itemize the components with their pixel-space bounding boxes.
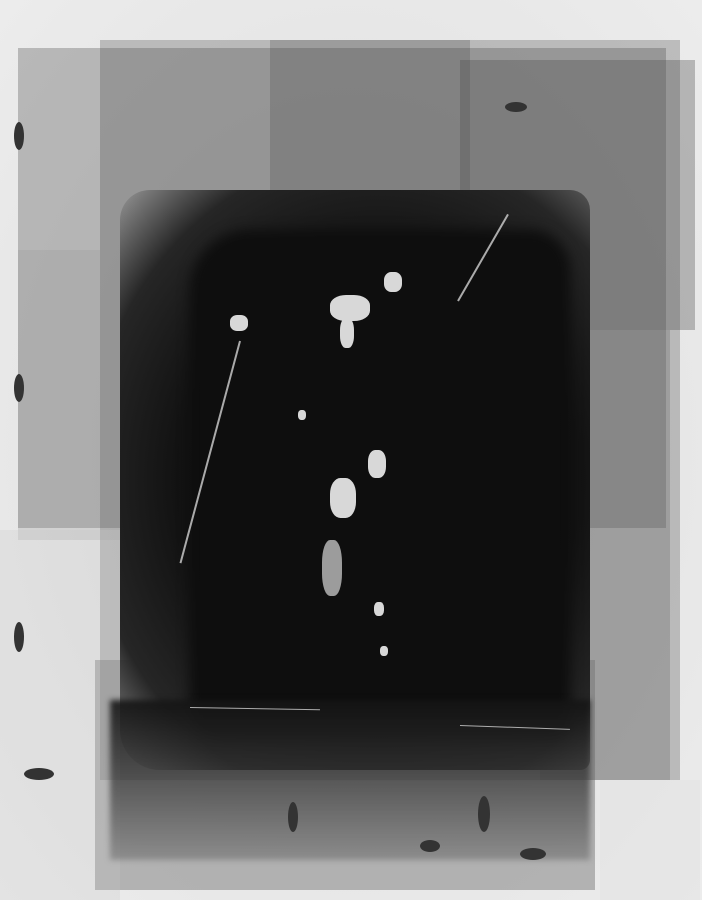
white-speck — [368, 450, 386, 478]
white-speck — [374, 602, 384, 616]
ink-dot — [520, 848, 546, 860]
artwork-canvas — [0, 0, 702, 900]
white-speck — [298, 410, 306, 420]
ink-dot — [14, 622, 24, 652]
ink-dot — [288, 802, 298, 832]
light-layer — [0, 530, 120, 900]
white-speck — [322, 540, 342, 596]
ink-dot — [420, 840, 440, 852]
ink-dot — [478, 796, 490, 832]
dark-lower-band — [110, 700, 590, 860]
dark-core-inner — [190, 230, 570, 740]
light-layer — [600, 780, 700, 900]
ink-dot — [14, 122, 24, 150]
ink-dot — [14, 374, 24, 402]
white-speck — [384, 272, 402, 292]
white-speck — [330, 478, 356, 518]
ink-dot — [505, 102, 527, 112]
white-speck — [340, 318, 354, 348]
ink-dot — [24, 768, 54, 780]
white-speck — [330, 295, 370, 321]
white-speck — [230, 315, 248, 331]
white-speck — [380, 646, 388, 656]
